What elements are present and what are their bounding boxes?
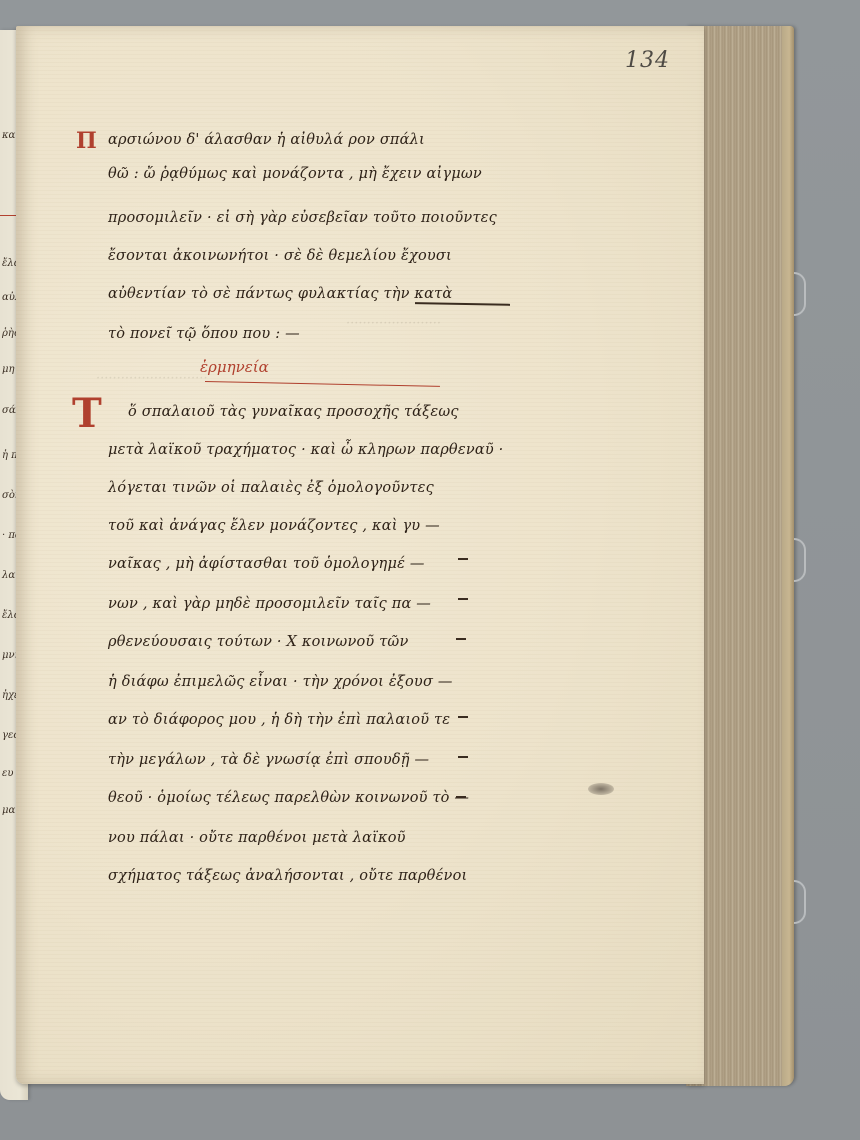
hyphen-dash: [458, 716, 468, 718]
manuscript-line: νων , καὶ γὰρ μηδὲ προσομιλεῖν ταῖς πα —: [108, 596, 431, 612]
show-through-text: ·······················: [346, 316, 441, 331]
manuscript-line: ὅ σπαλαιοῦ τὰς γυναῖκας προσοχῆς τάξεως: [128, 404, 459, 420]
clasp-fastener: [794, 272, 806, 316]
rubric-heading: ἑρμηνεία: [200, 358, 269, 376]
folio-number: 134: [625, 48, 670, 73]
hyphen-dash: [458, 598, 468, 600]
manuscript-line: αρσιώνου δ' άλασθαν ἡ αἰθυλά ρον σπάλι: [108, 132, 425, 148]
manuscript-line: σχήματος τάξεως ἀναλήσονται , οὔτε παρθέ…: [108, 868, 467, 884]
clasp-fastener: [794, 880, 806, 924]
hyphen-dash: [456, 796, 466, 798]
red-initial-pi: Π: [76, 128, 97, 154]
recto-page: ······················· ················…: [16, 26, 704, 1084]
manuscript-line: τὴν μεγάλων , τὰ δὲ γνωσίᾳ ἐπὶ σπουδῇ —: [108, 752, 429, 768]
manuscript-line: θεοῦ · ὁμοίως τέλεως παρελθὼν κοινωνοῦ τ…: [108, 790, 469, 806]
manuscript-line: τὸ πονεῖ τῷ ὅπου που : —: [108, 326, 300, 342]
manuscript-line: λόγεται τινῶν οἱ παλαιὲς ἐξ ὁμολογοῦντες: [108, 480, 434, 496]
clasp-fastener: [794, 538, 806, 582]
manuscript-line: ρθενεύουσαις τούτων · Χ κοινωνοῦ τῶν: [108, 634, 408, 650]
manuscript-line: τοῦ καὶ ἀνάγας ἔλεν μονάζοντες , καὶ γυ …: [108, 518, 440, 534]
manuscript-line: νου πάλαι · οὔτε παρθένοι μετὰ λαϊκοῦ: [108, 830, 406, 846]
hyphen-dash: [456, 638, 466, 640]
manuscript-line: αὐθεντίαν τὸ σὲ πάντως φυλακτίας τὴν κατ…: [108, 286, 452, 302]
ink-blot: [588, 783, 614, 795]
margin-fragment: μη: [2, 364, 15, 375]
manuscript-scan: καί ἔλα αὐλη ῥὴς μη σάλι ἡ πα σὸν · πα λ…: [0, 0, 860, 1140]
manuscript-line: αν τὸ διάφορος μου , ἡ δὴ τὴν ἐπὶ παλαιο…: [108, 712, 450, 728]
manuscript-line: ναῖκας , μὴ ἀφίστασθαι τοῦ ὁμολογημέ —: [108, 556, 425, 572]
manuscript-line: θῶ : ὤ ῥᾳθύμως καὶ μονάζοντα , μὴ ἔχειν …: [108, 166, 482, 182]
manuscript-line: προσομιλεῖν · εἰ σὴ γὰρ εὐσεβεῖαν τοῦτο …: [108, 210, 497, 226]
red-initial-tau: Τ: [72, 394, 102, 434]
manuscript-line: μετὰ λαϊκοῦ τραχήματος · καὶ ὦ κληρων πα…: [108, 442, 503, 458]
show-through-text: ···························: [96, 371, 208, 386]
manuscript-line: ἔσονται ἀκοινωνήτοι · σὲ δὲ θεμελίου ἔχο…: [108, 248, 452, 264]
hyphen-dash: [458, 756, 468, 758]
manuscript-line: ἡ διάφω ἐπιμελῶς εἶναι · τὴν χρόνοι ἐξου…: [108, 674, 453, 690]
hyphen-dash: [458, 558, 468, 560]
